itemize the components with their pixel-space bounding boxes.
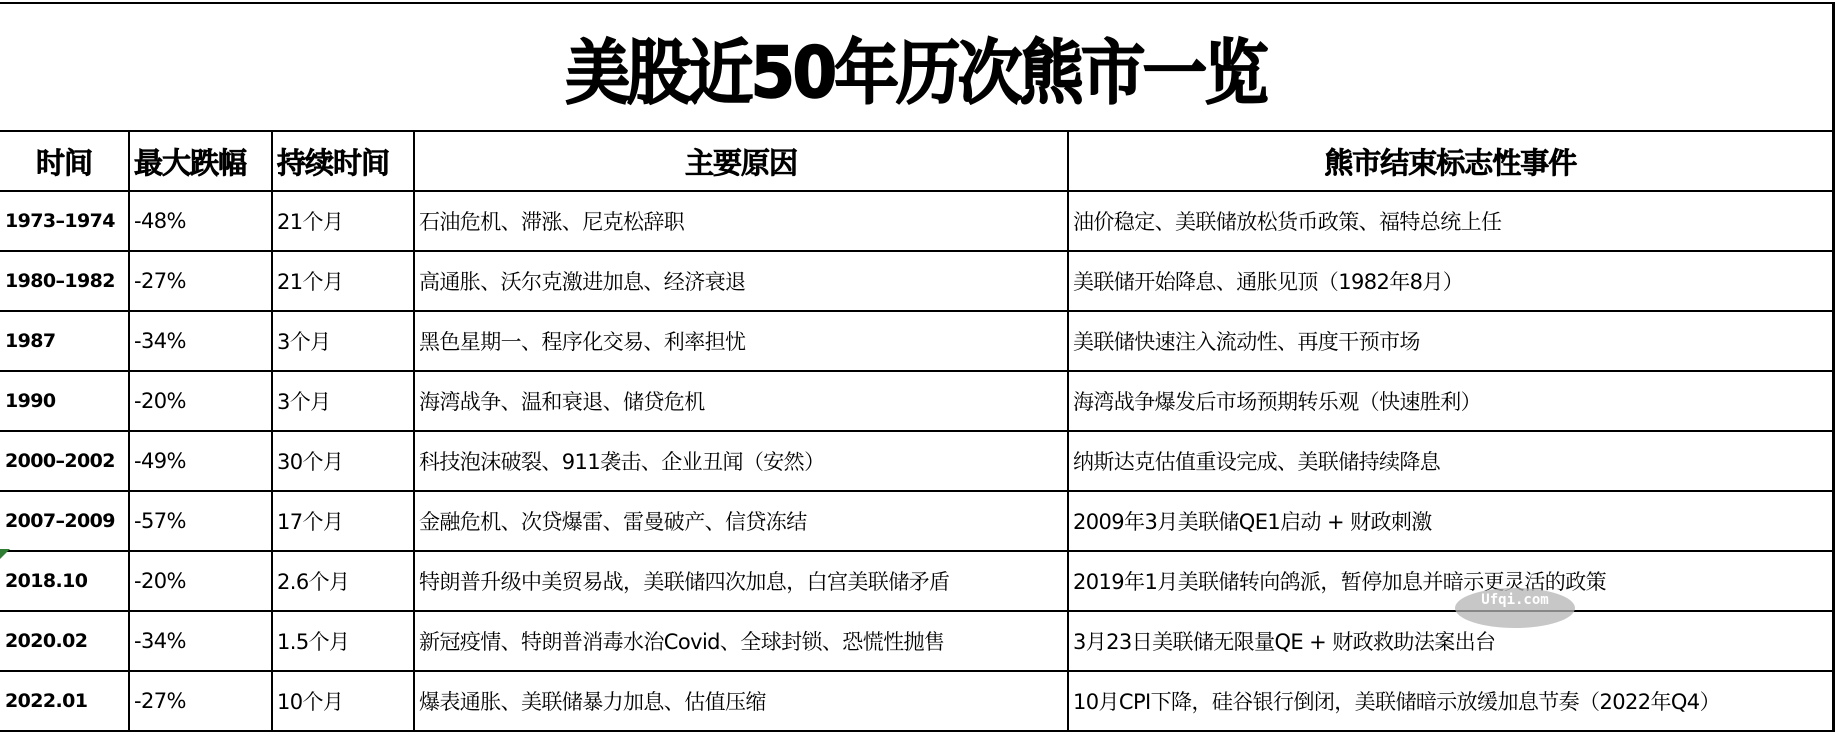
cell-main-causes[interactable]: 科技泡沫破裂、911袭击、企业丑闻（安然） bbox=[414, 431, 1068, 491]
cell-max-drawdown[interactable]: -34% bbox=[129, 611, 272, 671]
cell-period[interactable]: 2020.02 bbox=[0, 611, 129, 671]
cell-period[interactable]: 1990 bbox=[0, 371, 129, 431]
cell-main-causes[interactable]: 黑色星期一、程序化交易、利率担忧 bbox=[414, 311, 1068, 371]
cell-duration[interactable]: 21个月 bbox=[272, 251, 414, 311]
cell-period[interactable]: 1973–1974 bbox=[0, 191, 129, 251]
header-row: 时间 最大跌幅 持续时间 主要原因 熊市结束标志性事件 bbox=[0, 131, 1833, 191]
cell-duration[interactable]: 3个月 bbox=[272, 371, 414, 431]
cell-main-causes[interactable]: 爆表通胀、美联储暴力加息、估值压缩 bbox=[414, 671, 1068, 731]
cell-max-drawdown[interactable]: -27% bbox=[129, 251, 272, 311]
cell-period[interactable]: 2007–2009 bbox=[0, 491, 129, 551]
cell-max-drawdown[interactable]: -20% bbox=[129, 371, 272, 431]
header-end-events[interactable]: 熊市结束标志性事件 bbox=[1068, 131, 1833, 191]
table-row: 1987 -34% 3个月 黑色星期一、程序化交易、利率担忧 美联储快速注入流动… bbox=[0, 311, 1833, 371]
cell-max-drawdown[interactable]: -27% bbox=[129, 671, 272, 731]
cell-max-drawdown[interactable]: -48% bbox=[129, 191, 272, 251]
cell-duration[interactable]: 1.5个月 bbox=[272, 611, 414, 671]
cell-main-causes[interactable]: 特朗普升级中美贸易战，美联储四次加息，白宫美联储矛盾 bbox=[414, 551, 1068, 611]
cell-end-events[interactable]: 海湾战争爆发后市场预期转乐观（快速胜利） bbox=[1068, 371, 1833, 431]
title-cell[interactable]: 美股近50年历次熊市一览 bbox=[0, 3, 1833, 131]
table-row: 2007–2009 -57% 17个月 金融危机、次贷爆雷、雷曼破产、信贷冻结 … bbox=[0, 491, 1833, 551]
cell-end-events[interactable]: 10月CPI下降，硅谷银行倒闭，美联储暗示放缓加息节奏（2022年Q4） bbox=[1068, 671, 1833, 731]
cell-period[interactable]: 2022.01 bbox=[0, 671, 129, 731]
cell-duration[interactable]: 2.6个月 bbox=[272, 551, 414, 611]
page-title: 美股近50年历次熊市一览 bbox=[566, 17, 1267, 118]
cell-max-drawdown[interactable]: -57% bbox=[129, 491, 272, 551]
bear-market-table: 美股近50年历次熊市一览 时间 最大跌幅 持续时间 主要原因 熊市结束标志性事件… bbox=[0, 2, 1835, 732]
header-main-causes[interactable]: 主要原因 bbox=[414, 131, 1068, 191]
title-row: 美股近50年历次熊市一览 bbox=[0, 3, 1833, 131]
comment-indicator-icon[interactable] bbox=[0, 549, 10, 559]
cell-duration[interactable]: 21个月 bbox=[272, 191, 414, 251]
cell-duration[interactable]: 30个月 bbox=[272, 431, 414, 491]
cell-duration[interactable]: 17个月 bbox=[272, 491, 414, 551]
cell-end-events[interactable]: 2019年1月美联储转向鸽派，暂停加息并暗示更灵活的政策 bbox=[1068, 551, 1833, 611]
header-duration[interactable]: 持续时间 bbox=[272, 131, 414, 191]
table-row: 1973–1974 -48% 21个月 石油危机、滞涨、尼克松辞职 油价稳定、美… bbox=[0, 191, 1833, 251]
cell-end-events[interactable]: 2009年3月美联储QE1启动 + 财政刺激 bbox=[1068, 491, 1833, 551]
cell-duration[interactable]: 3个月 bbox=[272, 311, 414, 371]
cell-duration[interactable]: 10个月 bbox=[272, 671, 414, 731]
cell-period[interactable]: 1987 bbox=[0, 311, 129, 371]
cell-main-causes[interactable]: 高通胀、沃尔克激进加息、经济衰退 bbox=[414, 251, 1068, 311]
header-period[interactable]: 时间 bbox=[0, 131, 129, 191]
watermark: Ufqi.com bbox=[1455, 588, 1575, 628]
cell-max-drawdown[interactable]: -20% bbox=[129, 551, 272, 611]
table-row: 1990 -20% 3个月 海湾战争、温和衰退、储贷危机 海湾战争爆发后市场预期… bbox=[0, 371, 1833, 431]
cell-period[interactable]: 2000–2002 bbox=[0, 431, 129, 491]
cell-max-drawdown[interactable]: -34% bbox=[129, 311, 272, 371]
cell-end-events[interactable]: 美联储开始降息、通胀见顶（1982年8月） bbox=[1068, 251, 1833, 311]
table-row: 1980–1982 -27% 21个月 高通胀、沃尔克激进加息、经济衰退 美联储… bbox=[0, 251, 1833, 311]
cell-max-drawdown[interactable]: -49% bbox=[129, 431, 272, 491]
cell-main-causes[interactable]: 海湾战争、温和衰退、储贷危机 bbox=[414, 371, 1068, 431]
cell-main-causes[interactable]: 石油危机、滞涨、尼克松辞职 bbox=[414, 191, 1068, 251]
cell-end-events[interactable]: 3月23日美联储无限量QE + 财政救助法案出台 bbox=[1068, 611, 1833, 671]
cell-end-events[interactable]: 纳斯达克估值重设完成、美联储持续降息 bbox=[1068, 431, 1833, 491]
cell-period[interactable]: 2018.10 bbox=[0, 551, 129, 611]
cell-end-events[interactable]: 油价稳定、美联储放松货币政策、福特总统上任 bbox=[1068, 191, 1833, 251]
header-max-drawdown[interactable]: 最大跌幅 bbox=[129, 131, 272, 191]
cell-period[interactable]: 1980–1982 bbox=[0, 251, 129, 311]
cell-main-causes[interactable]: 新冠疫情、特朗普消毒水治Covid、全球封锁、恐慌性抛售 bbox=[414, 611, 1068, 671]
watermark-text: Ufqi.com bbox=[1481, 592, 1548, 608]
table-row: 2022.01 -27% 10个月 爆表通胀、美联储暴力加息、估值压缩 10月C… bbox=[0, 671, 1833, 731]
cell-end-events[interactable]: 美联储快速注入流动性、再度干预市场 bbox=[1068, 311, 1833, 371]
cell-main-causes[interactable]: 金融危机、次贷爆雷、雷曼破产、信贷冻结 bbox=[414, 491, 1068, 551]
table-row: 2000–2002 -49% 30个月 科技泡沫破裂、911袭击、企业丑闻（安然… bbox=[0, 431, 1833, 491]
